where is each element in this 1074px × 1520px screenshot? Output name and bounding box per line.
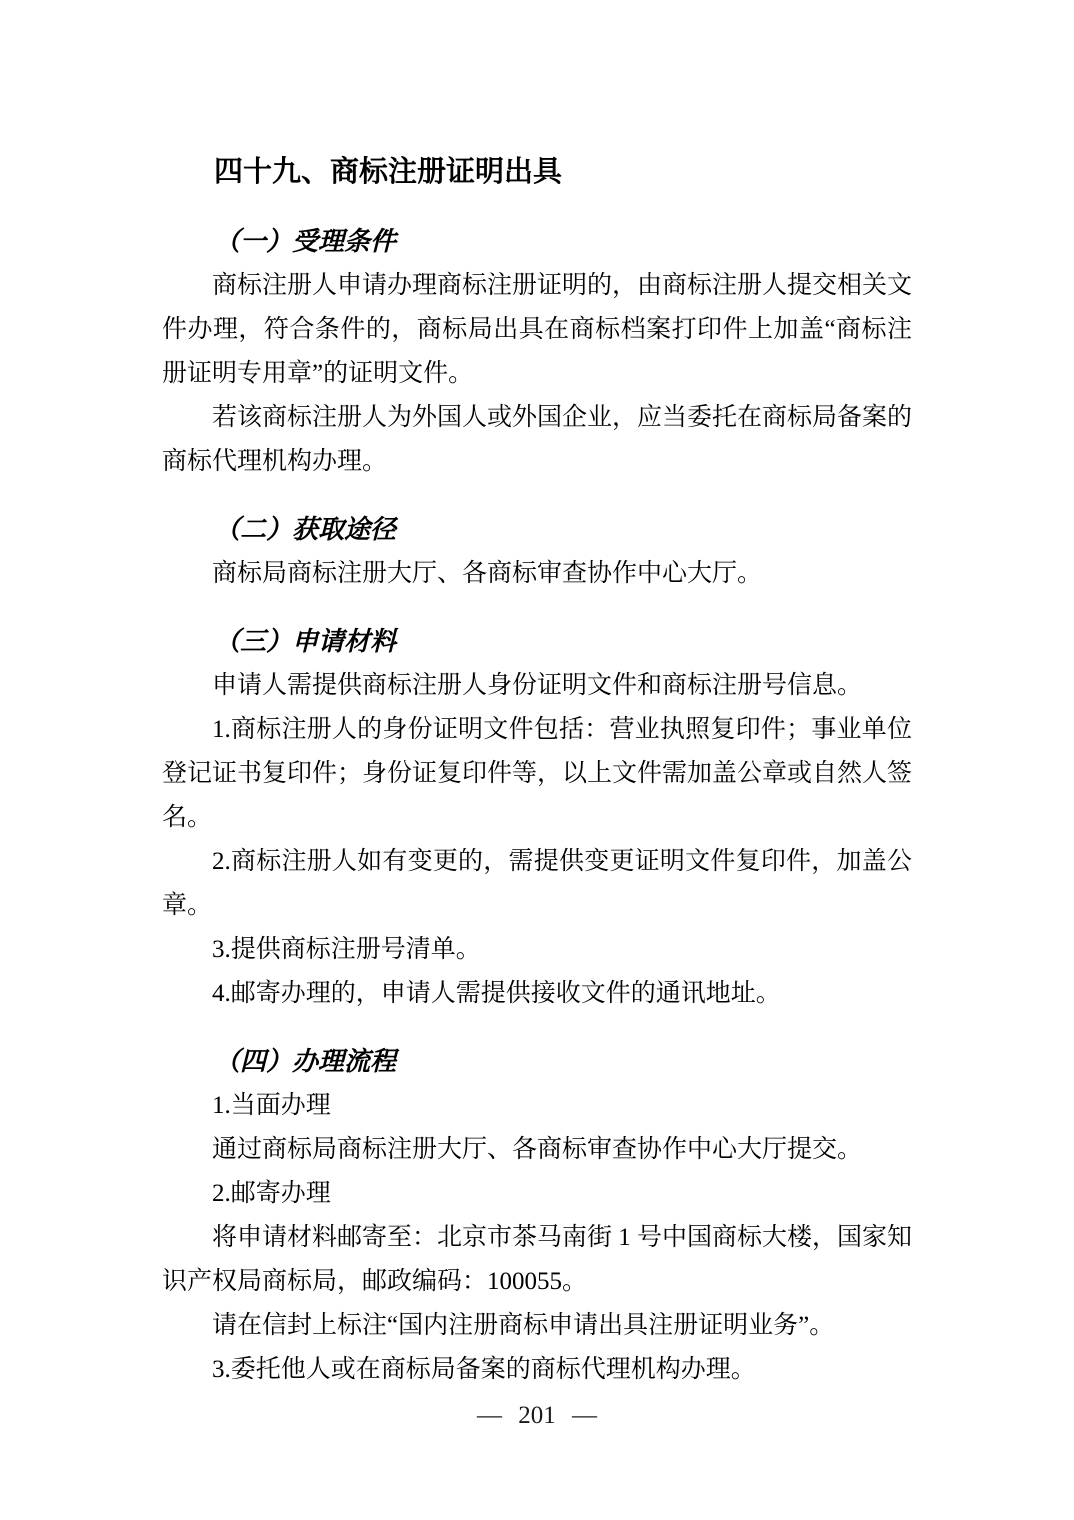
paragraph: 通过商标局商标注册大厅、各商标审查协作中心大厅提交。: [162, 1128, 912, 1172]
paragraph: 商标局商标注册大厅、各商标审查协作中心大厅。: [162, 552, 912, 596]
paragraph: 3.委托他人或在商标局备案的商标代理机构办理。: [162, 1348, 912, 1392]
paragraph: 1.当面办理: [162, 1084, 912, 1128]
section-application-materials: （三）申请材料 申请人需提供商标注册人身份证明文件和商标注册号信息。 1.商标注…: [162, 620, 912, 1016]
paragraph: 若该商标注册人为外国人或外国企业，应当委托在商标局备案的商标代理机构办理。: [162, 396, 912, 484]
document-page: 四十九、商标注册证明出具 （一）受理条件 商标注册人申请办理商标注册证明的，由商…: [0, 0, 1074, 1520]
section-heading: （一）受理条件: [162, 220, 912, 264]
paragraph: 请在信封上标注“国内注册商标申请出具注册证明业务”。: [162, 1304, 912, 1348]
section-heading: （四）办理流程: [162, 1040, 912, 1084]
section-heading: （三）申请材料: [162, 620, 912, 664]
section-obtaining-channels: （二）获取途径 商标局商标注册大厅、各商标审查协作中心大厅。: [162, 508, 912, 596]
section-acceptance-conditions: （一）受理条件 商标注册人申请办理商标注册证明的，由商标注册人提交相关文件办理，…: [162, 220, 912, 484]
paragraph: 商标注册人申请办理商标注册证明的，由商标注册人提交相关文件办理，符合条件的，商标…: [162, 264, 912, 396]
paragraph: 将申请材料邮寄至：北京市茶马南街 1 号中国商标大楼，国家知识产权局商标局，邮政…: [162, 1216, 912, 1304]
page-number: — 201 —: [0, 1394, 1074, 1438]
paragraph: 2.商标注册人如有变更的，需提供变更证明文件复印件，加盖公章。: [162, 840, 912, 928]
section-heading: （二）获取途径: [162, 508, 912, 552]
paragraph: 3.提供商标注册号清单。: [162, 928, 912, 972]
paragraph: 2.邮寄办理: [162, 1172, 912, 1216]
paragraph: 4.邮寄办理的，申请人需提供接收文件的通讯地址。: [162, 972, 912, 1016]
paragraph: 申请人需提供商标注册人身份证明文件和商标注册号信息。: [162, 664, 912, 708]
paragraph: 1.商标注册人的身份证明文件包括：营业执照复印件；事业单位登记证书复印件；身份证…: [162, 708, 912, 840]
section-handling-process: （四）办理流程 1.当面办理 通过商标局商标注册大厅、各商标审查协作中心大厅提交…: [162, 1040, 912, 1392]
page-title: 四十九、商标注册证明出具: [162, 150, 912, 194]
